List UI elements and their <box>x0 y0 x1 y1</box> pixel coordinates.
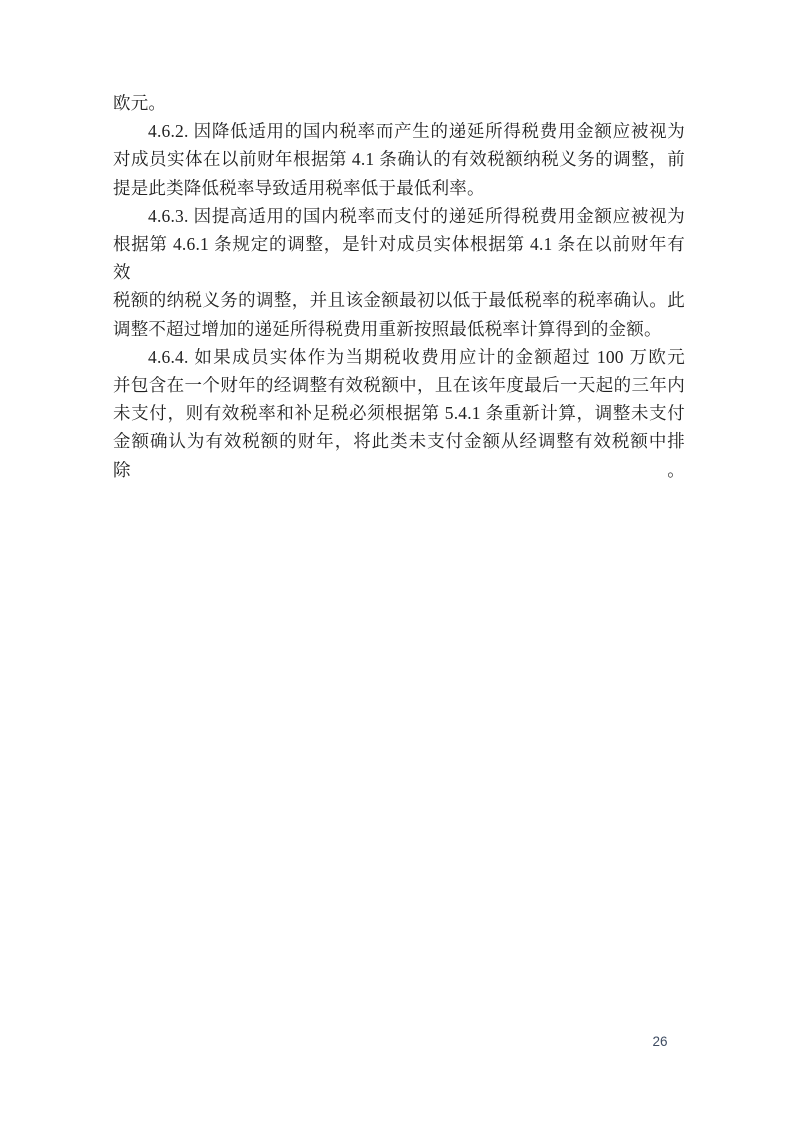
text-line: 对成员实体在以前财年根据第 4.1 条确认的有效税额纳税义务的调整，前 <box>113 145 685 173</box>
text-line: 4.6.3. 因提高适用的国内税率而支付的递延所得税费用金额应被视为 <box>113 202 685 230</box>
text-line: 欧元。 <box>113 89 685 117</box>
text-line: 根据第 4.6.1 条规定的调整，是针对成员实体根据第 4.1 条在以前财年有效 <box>113 230 685 286</box>
text-line: 并包含在一个财年的经调整有效税额中，且在该年度最后一天起的三年内 <box>113 371 685 399</box>
page-number: 26 <box>640 1033 680 1051</box>
text-line: 提是此类降低税率导致适用税率低于最低利率。 <box>113 174 685 202</box>
text-line: 调整不超过增加的递延所得税费用重新按照最低税率计算得到的金额。 <box>113 315 685 343</box>
document-page: 欧元。 4.6.2. 因降低适用的国内税率而产生的递延所得税费用金额应被视为 对… <box>0 0 794 1123</box>
text-line: 金额确认为有效税额的财年，将此类未支付金额从经调整有效税额中排除。 <box>113 427 685 483</box>
text-line: 4.6.2. 因降低适用的国内税率而产生的递延所得税费用金额应被视为 <box>113 117 685 145</box>
text-line: 4.6.4. 如果成员实体作为当期税收费用应计的金额超过 100 万欧元 <box>113 343 685 371</box>
text-line: 未支付，则有效税率和补足税必须根据第 5.4.1 条重新计算，调整未支付 <box>113 399 685 427</box>
text-line: 税额的纳税义务的调整，并且该金额最初以低于最低税率的税率确认。此 <box>113 286 685 314</box>
page-content: 欧元。 4.6.2. 因降低适用的国内税率而产生的递延所得税费用金额应被视为 对… <box>113 89 685 484</box>
